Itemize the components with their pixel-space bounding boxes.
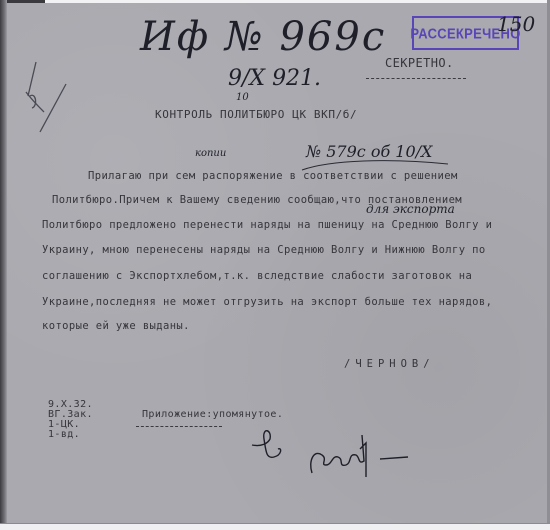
body-line-5: соглашению с Экспортхлебом,т.к. вследств… [42,270,472,282]
body-line-1: Прилагаю при сем распоряжение в соответс… [88,170,458,182]
handwritten-date: 9/X 921. [228,66,321,91]
body-line-3: Политбюро предложено перенести наряды на… [42,219,492,231]
scan-bottom-edge [0,523,550,530]
handwritten-insert-export: для экспорта [366,202,455,216]
handwritten-insert-copies: копии [195,148,226,159]
scanned-document: Иф № 969с РАССЕКРЕЧЕНО 150 СЕКРЕТНО. 9/X… [0,0,550,530]
classification-label: СЕКРЕТНО. [385,56,454,70]
handwritten-date-correction: 10 [236,92,249,103]
attachment-note: Приложение:упомянутое. [142,409,283,420]
document-heading: КОНТРОЛЬ ПОЛИТБЮРО ЦК ВКП/б/ [155,108,357,121]
body-line-4: Украину, мною перенесены наряды на Средн… [42,244,486,256]
scan-left-edge [0,0,7,530]
footer-ref-4: 1-вд. [48,430,80,440]
page-number: 150 [497,12,535,36]
attachment-underline [136,426,222,427]
typed-signature: /ЧЕРНОВ/ [344,358,435,370]
classification-underline [366,78,466,79]
body-line-7: которые ей уже выданы. [42,320,190,332]
handwritten-signature-icon [248,425,428,495]
handwritten-registration-number: Иф № 969с [140,14,386,60]
body-line-6: Украине,последняя не может отгрузить на … [42,296,492,308]
margin-mark-icon [18,56,78,136]
